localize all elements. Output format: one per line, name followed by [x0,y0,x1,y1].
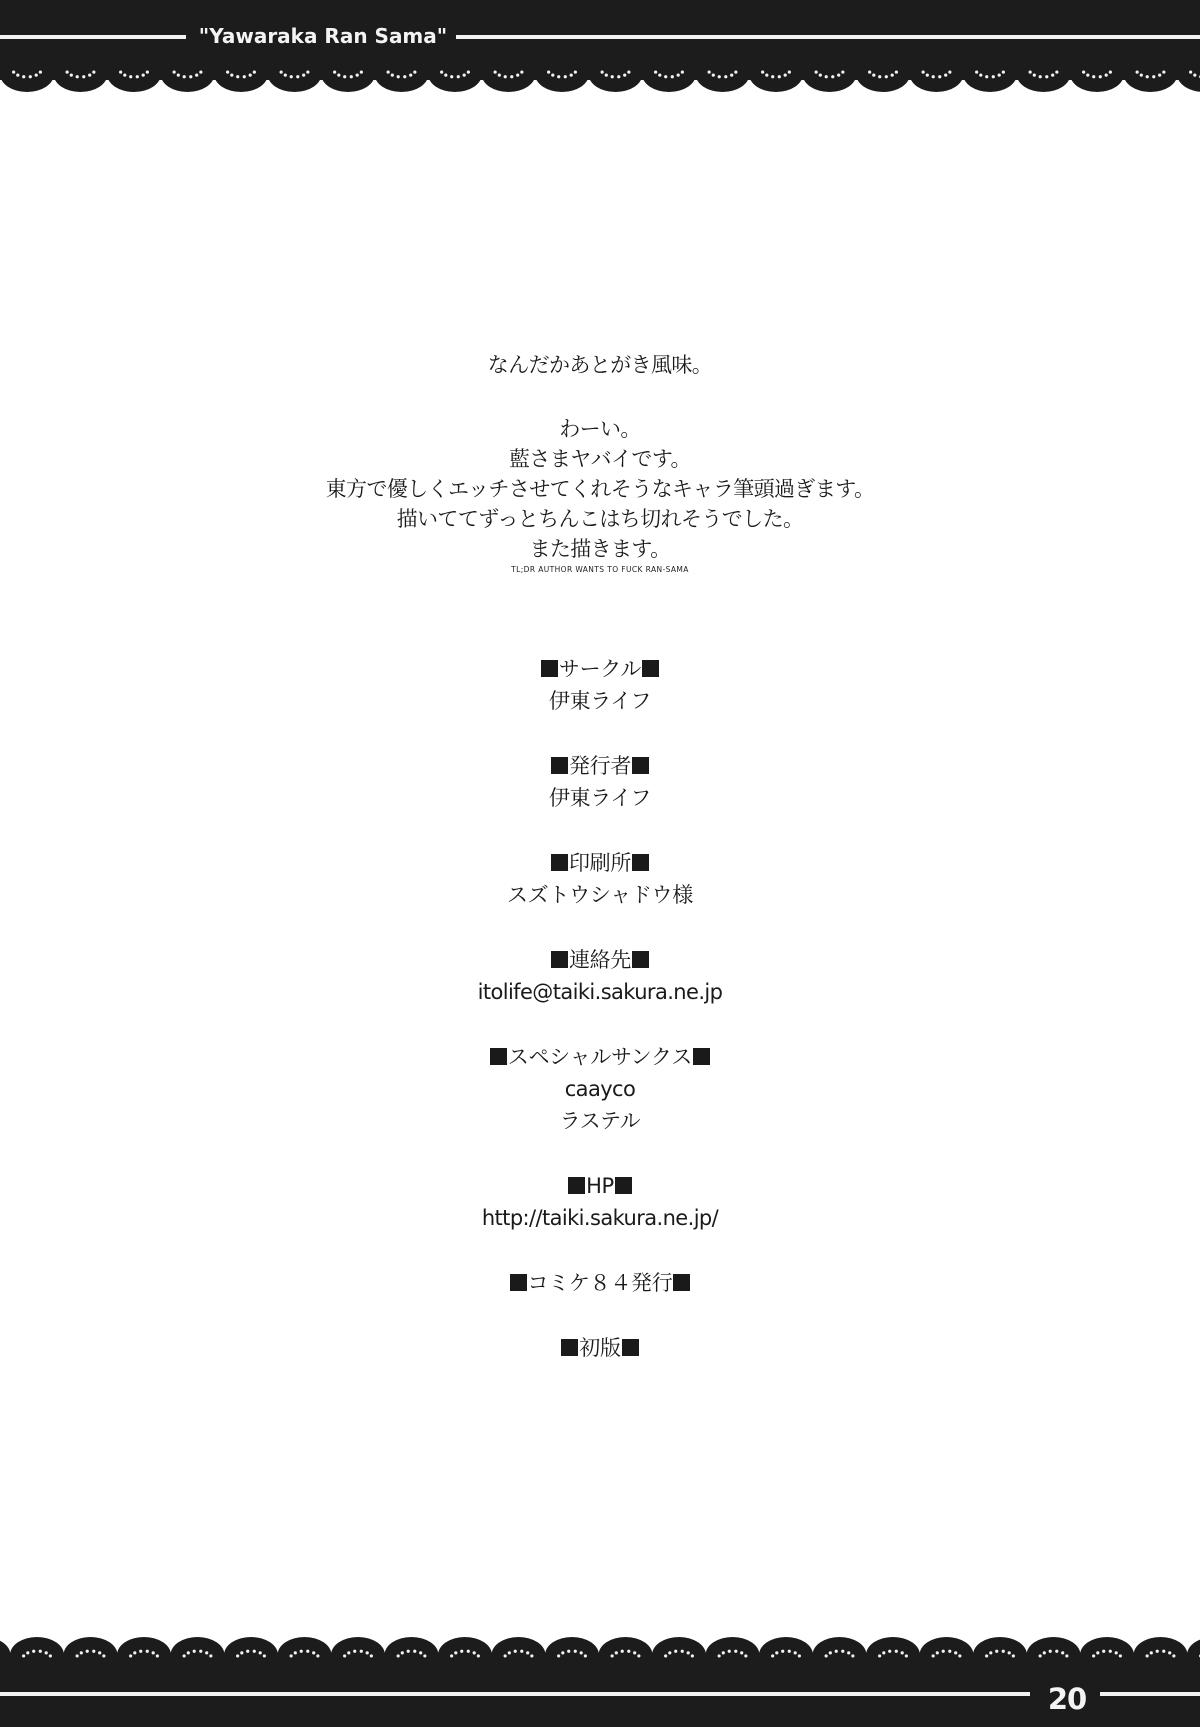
afterword-line: 描いててずっとちんこはち切れそうでした。 [0,504,1200,534]
afterword-line: また描きます。 [0,534,1200,564]
credit-homepage: HP http://taiki.sakura.ne.jp/ [0,1170,1200,1234]
thanks-name: caayco [0,1073,1200,1105]
credit-heading: 印刷所 [0,847,1200,879]
square-bullet-icon [541,660,558,677]
scallop-border-bottom [0,1627,1200,1727]
credit-heading: 連絡先 [0,944,1200,976]
scallop-border-top [0,0,1200,100]
afterword-line: わーい。 [0,414,1200,444]
credit-special-thanks: スペシャルサンクス caayco ラステル [0,1041,1200,1137]
square-bullet-icon [693,1048,710,1065]
credit-heading: サークル [0,653,1200,685]
square-bullet-icon [568,1177,585,1194]
printer-name: スズトウシャドウ様 [0,879,1200,911]
header-rule-left [0,35,186,39]
credit-edition: 初版 [0,1332,1200,1364]
page-number: 20 [1036,1683,1098,1715]
credit-heading: 発行者 [0,750,1200,782]
header-rule-right [456,35,1200,39]
footer-rule-right [1100,1692,1200,1696]
credit-contact: 連絡先 itolife@taiki.sakura.ne.jp [0,944,1200,1008]
credit-event: コミケ８４発行 [0,1267,1200,1299]
square-bullet-icon [551,854,568,871]
credit-circle: サークル 伊東ライフ [0,653,1200,717]
contact-email: itolife@taiki.sakura.ne.jp [0,976,1200,1008]
header-band: "Yawaraka Ran Sama" [0,0,1200,100]
book-title: "Yawaraka Ran Sama" [196,21,450,51]
square-bullet-icon [561,1339,578,1356]
circle-name: 伊東ライフ [0,685,1200,717]
credit-heading: HP [0,1170,1200,1202]
afterword-line: 藍さまヤバイです。 [0,444,1200,474]
square-bullet-icon [510,1274,527,1291]
afterword-line: なんだかあとがき風味。 [0,349,1200,381]
square-bullet-icon [632,854,649,871]
footer-band: 20 [0,1627,1200,1727]
credits: サークル 伊東ライフ 発行者 伊東ライフ 印刷所 スズトウシャドウ様 連絡先 i… [0,653,1200,1397]
square-bullet-icon [632,757,649,774]
square-bullet-icon [632,951,649,968]
square-bullet-icon [615,1177,632,1194]
square-bullet-icon [622,1339,639,1356]
square-bullet-icon [490,1048,507,1065]
credit-publisher: 発行者 伊東ライフ [0,750,1200,814]
footer-rule-left [0,1692,1030,1696]
thanks-name: ラステル [0,1105,1200,1137]
square-bullet-icon [551,757,568,774]
afterword: なんだかあとがき風味。 わーい。 藍さまヤバイです。 東方で優しくエッチさせてく… [0,349,1200,576]
credit-heading: スペシャルサンクス [0,1041,1200,1073]
translator-note: TL;DR AUTHOR WANTS TO FUCK RAN-SAMA [0,564,1200,576]
homepage-url: http://taiki.sakura.ne.jp/ [0,1202,1200,1234]
square-bullet-icon [642,660,659,677]
afterword-line: 東方で優しくエッチさせてくれそうなキャラ筆頭過ぎます。 [0,474,1200,504]
square-bullet-icon [673,1274,690,1291]
square-bullet-icon [551,951,568,968]
publisher-name: 伊東ライフ [0,782,1200,814]
credit-heading: コミケ８４発行 [0,1267,1200,1299]
credit-printer: 印刷所 スズトウシャドウ様 [0,847,1200,911]
credit-heading: 初版 [0,1332,1200,1364]
